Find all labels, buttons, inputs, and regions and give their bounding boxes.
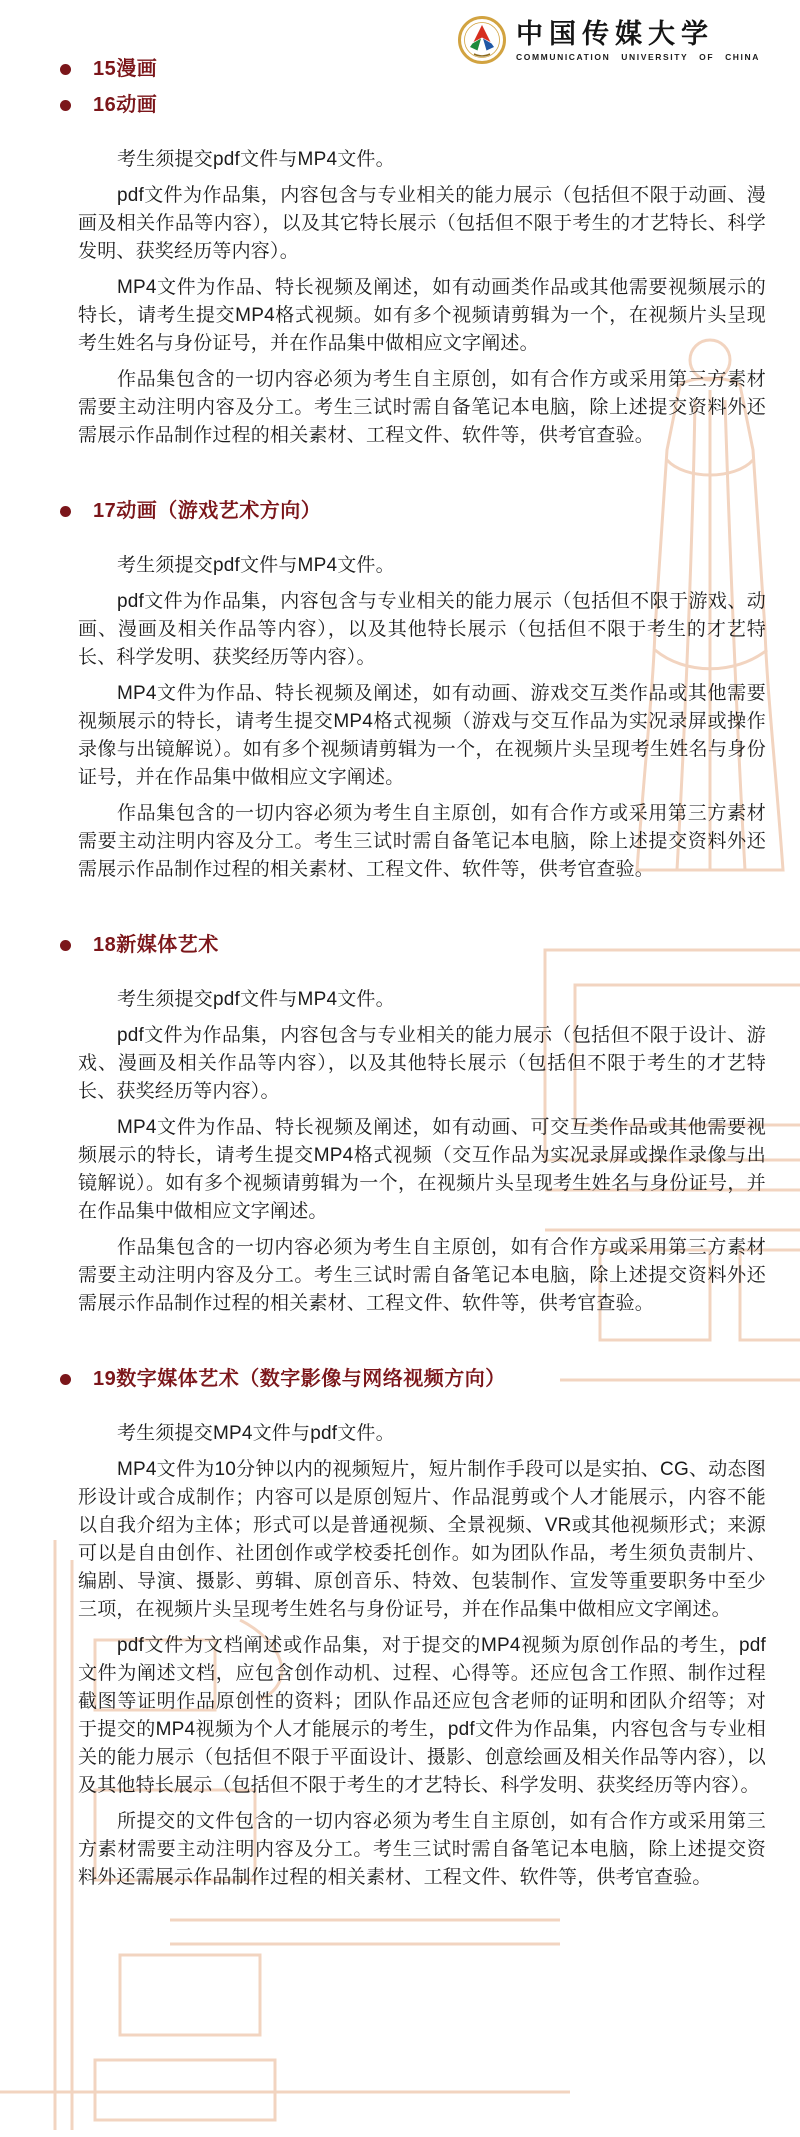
paragraph: pdf文件为作品集，内容包含与专业相关的能力展示（包括但不限于设计、游戏、漫画及… [78, 1022, 766, 1106]
section-paragraphs: 考生须提交pdf文件与MP4文件。pdf文件为作品集，内容包含与专业相关的能力展… [0, 960, 800, 1318]
section-heading-label: 17动画（游戏艺术方向） [93, 496, 321, 526]
document-content: 15漫画16动画考生须提交pdf文件与MP4文件。pdf文件为作品集，内容包含与… [0, 0, 800, 1892]
section-paragraphs: 考生须提交pdf文件与MP4文件。pdf文件为作品集，内容包含与专业相关的能力展… [0, 120, 800, 450]
paragraph: 考生须提交pdf文件与MP4文件。 [78, 552, 766, 580]
section-heading-label: 19数字媒体艺术（数字影像与网络视频方向） [93, 1364, 506, 1394]
section-heading: 18新媒体艺术 [60, 930, 766, 960]
logo-text: 中国传媒大学 COMMUNICATION UNIVERSITY OF CHINA [516, 19, 760, 62]
cuc-emblem-icon [458, 16, 506, 64]
bullet-icon [60, 940, 71, 951]
paragraph: 考生须提交MP4文件与pdf文件。 [78, 1420, 766, 1448]
section-19: 19数字媒体艺术（数字影像与网络视频方向）考生须提交MP4文件与pdf文件。MP… [0, 1364, 800, 1892]
document-page: 中国传媒大学 COMMUNICATION UNIVERSITY OF CHINA… [0, 0, 800, 2137]
section-heading-label: 15漫画 [93, 54, 157, 84]
paragraph: pdf文件为作品集，内容包含与专业相关的能力展示（包括但不限于游戏、动画、漫画及… [78, 588, 766, 672]
paragraph: MP4文件为作品、特长视频及阐述，如有动画、可交互类作品或其他需要视频展示的特长… [78, 1114, 766, 1226]
bullet-icon [60, 506, 71, 517]
paragraph: 考生须提交pdf文件与MP4文件。 [78, 986, 766, 1014]
paragraph: MP4文件为作品、特长视频及阐述，如有动画、游戏交互类作品或其他需要视频展示的特… [78, 680, 766, 792]
paragraph: 所提交的文件包含的一切内容必须为考生自主原创，如有合作方或采用第三方素材需要主动… [78, 1808, 766, 1892]
section-heading-label: 16动画 [93, 90, 157, 120]
paragraph: MP4文件为10分钟以内的视频短片，短片制作手段可以是实拍、CG、动态图形设计或… [78, 1456, 766, 1624]
section-17: 17动画（游戏艺术方向）考生须提交pdf文件与MP4文件。pdf文件为作品集，内… [0, 496, 800, 884]
bullet-icon [60, 1374, 71, 1385]
section-heading: 17动画（游戏艺术方向） [60, 496, 766, 526]
section-16: 16动画考生须提交pdf文件与MP4文件。pdf文件为作品集，内容包含与专业相关… [0, 90, 800, 450]
paragraph: MP4文件为作品、特长视频及阐述，如有动画类作品或其他需要视频展示的特长，请考生… [78, 274, 766, 358]
section-18: 18新媒体艺术考生须提交pdf文件与MP4文件。pdf文件为作品集，内容包含与专… [0, 930, 800, 1318]
university-name-cn: 中国传媒大学 [516, 19, 714, 49]
section-heading-label: 18新媒体艺术 [93, 930, 219, 960]
section-paragraphs: 考生须提交pdf文件与MP4文件。pdf文件为作品集，内容包含与专业相关的能力展… [0, 526, 800, 884]
paragraph: pdf文件为作品集，内容包含与专业相关的能力展示（包括但不限于动画、漫画及相关作… [78, 182, 766, 266]
section-paragraphs: 考生须提交MP4文件与pdf文件。MP4文件为10分钟以内的视频短片，短片制作手… [0, 1394, 800, 1892]
paragraph: 作品集包含的一切内容必须为考生自主原创，如有合作方或采用第三方素材需要主动注明内… [78, 800, 766, 884]
paragraph: 作品集包含的一切内容必须为考生自主原创，如有合作方或采用第三方素材需要主动注明内… [78, 1234, 766, 1318]
bullet-icon [60, 100, 71, 111]
paragraph: pdf文件为文档阐述或作品集，对于提交的MP4视频为原创作品的考生，pdf文件为… [78, 1632, 766, 1800]
bullet-icon [60, 64, 71, 75]
paragraph: 考生须提交pdf文件与MP4文件。 [78, 146, 766, 174]
university-logo: 中国传媒大学 COMMUNICATION UNIVERSITY OF CHINA [458, 16, 760, 64]
university-name-en: COMMUNICATION UNIVERSITY OF CHINA [516, 52, 760, 62]
paragraph: 作品集包含的一切内容必须为考生自主原创，如有合作方或采用第三方素材需要主动注明内… [78, 366, 766, 450]
section-heading: 16动画 [60, 90, 766, 120]
section-heading: 19数字媒体艺术（数字影像与网络视频方向） [60, 1364, 766, 1394]
